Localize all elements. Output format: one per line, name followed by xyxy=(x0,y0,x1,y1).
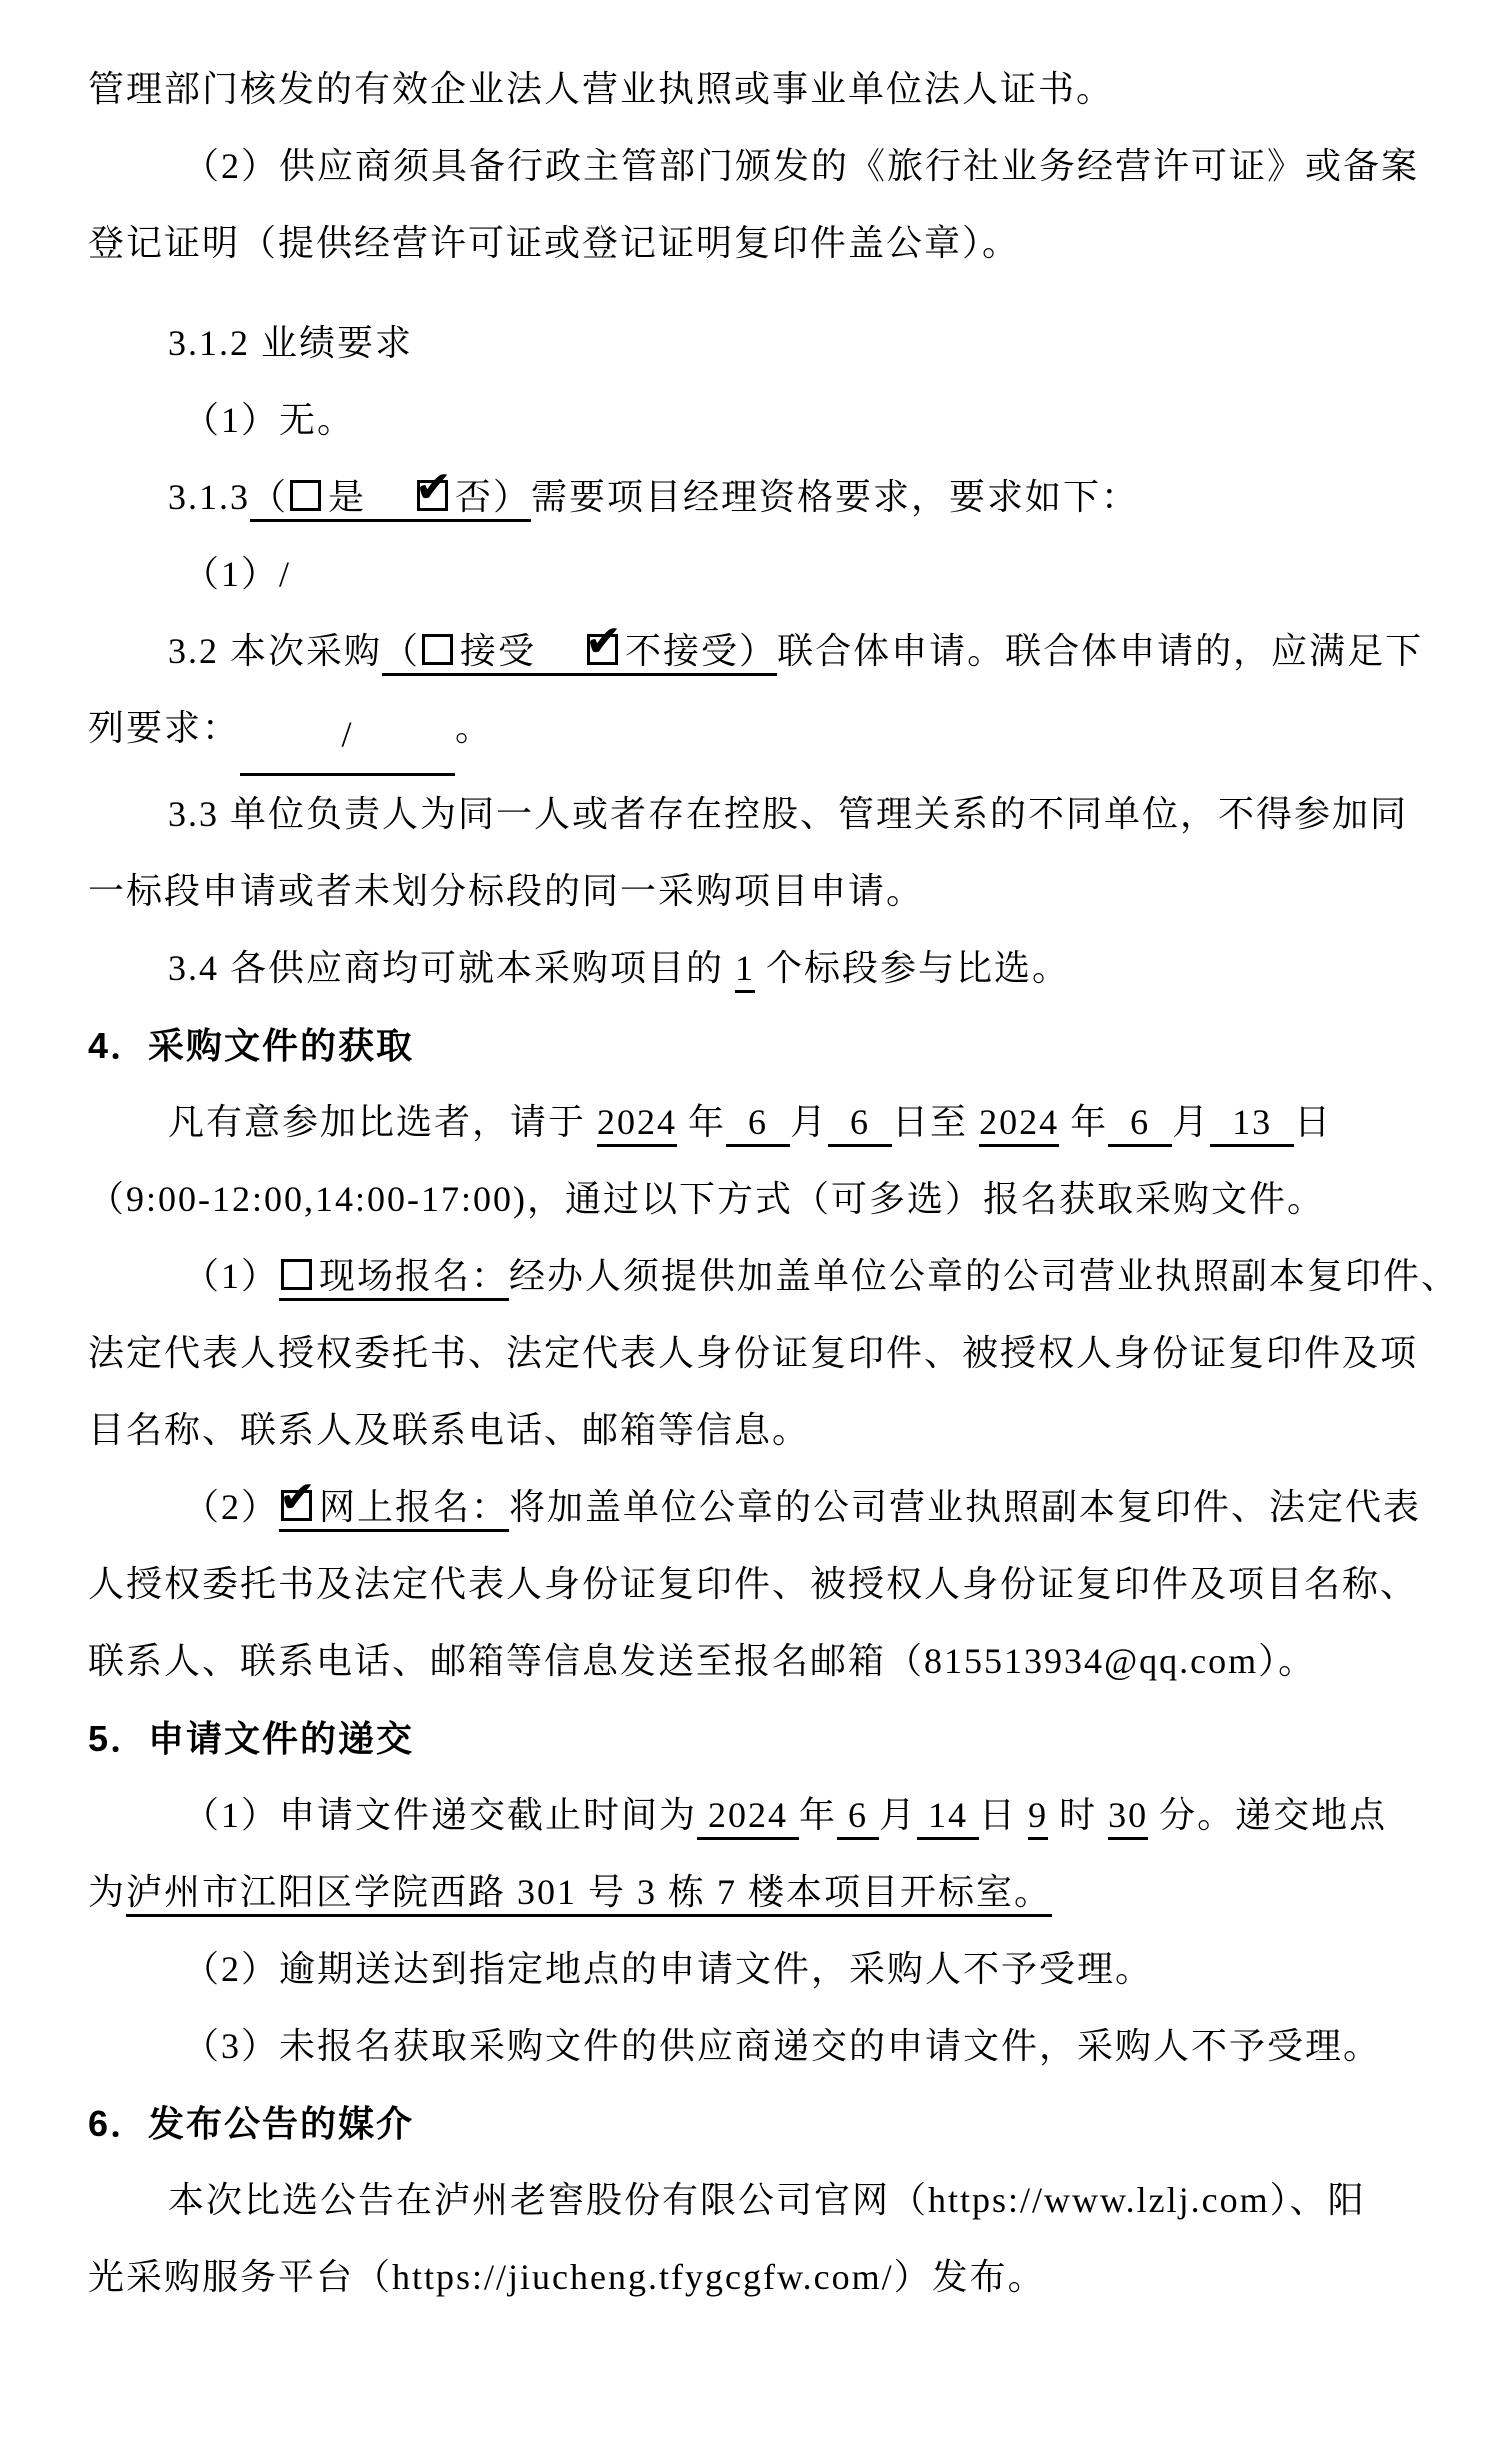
text-segment: 登记证明（提供经营许可证或登记证明复印件盖公章）。 xyxy=(88,223,1020,263)
text-segment: 人授权委托书及法定代表人身份证复印件、被授权人身份证复印件及项目名称、 xyxy=(88,1564,1418,1604)
text-line: 列要求：/。 xyxy=(88,690,1445,776)
text-segment: （2） xyxy=(183,1487,279,1527)
text-segment: 日至 xyxy=(892,1102,979,1142)
checkbox-checked-icon xyxy=(279,1487,319,1532)
text-segment: （1） xyxy=(183,1256,279,1296)
underlined-text: 30 xyxy=(1108,1795,1148,1840)
text-segment: （1）/ xyxy=(183,554,291,594)
text-line: 本次比选公告在泸州老窖股份有限公司官网（https://www.lzlj.com… xyxy=(88,2162,1445,2239)
text-segment: （9:00-12:00,14:00-17:00)，通过以下方式（可多选）报名获取… xyxy=(88,1179,1325,1219)
text-segment: 月 xyxy=(1172,1102,1210,1142)
text-segment: 3.2 本次采购 xyxy=(168,631,382,671)
text-segment: （3）未报名获取采购文件的供应商递交的申请文件，采购人不予受理。 xyxy=(183,2026,1381,2066)
text-segment: 为 xyxy=(88,1872,126,1912)
underlined-text: 6 xyxy=(1108,1102,1172,1147)
text-segment: 3.3 单位负责人为同一人或者存在控股、管理关系的不同单位，不得参加同 xyxy=(168,794,1408,834)
text-segment: 4．采购文件的获取 xyxy=(88,1025,414,1066)
underlined-text: 13 xyxy=(1210,1102,1294,1147)
checkbox-glyph xyxy=(422,634,453,665)
text-segment: 年 xyxy=(677,1102,726,1142)
underlined-text: 不接受） xyxy=(625,631,777,676)
text-segment: 联合体申请。联合体申请的，应满足下 xyxy=(777,631,1423,671)
underlined-text: 2024 xyxy=(597,1102,677,1147)
text-segment: 3.1.3 xyxy=(168,477,250,517)
text-segment: 6．发布公告的媒介 xyxy=(88,2103,414,2144)
underlined-text: 14 xyxy=(917,1795,979,1840)
text-line: （3）未报名获取采购文件的供应商递交的申请文件，采购人不予受理。 xyxy=(88,2008,1445,2085)
text-segment: 月 xyxy=(790,1102,828,1142)
checkbox-checked-icon xyxy=(415,477,455,522)
text-segment: 法定代表人授权委托书、法定代表人身份证复印件、被授权人身份证复印件及项 xyxy=(88,1333,1418,1373)
text-segment: 日 xyxy=(979,1795,1028,1835)
document-body: 管理部门核发的有效企业法人营业执照或事业单位法人证书。（2）供应商须具备行政主管… xyxy=(88,51,1445,2316)
text-segment: 需要项目经理资格要求，要求如下： xyxy=(531,477,1139,517)
text-line: 3.4 各供应商均可就本采购项目的 1 个标段参与比选。 xyxy=(88,930,1445,1007)
checkbox-empty-icon xyxy=(420,631,460,676)
text-segment: （1）无。 xyxy=(183,400,355,440)
text-line: 一标段申请或者未划分标段的同一采购项目申请。 xyxy=(88,853,1445,930)
text-line: 登记证明（提供经营许可证或登记证明复印件盖公章）。 xyxy=(88,205,1445,282)
underlined-text: 泸州市江阳区学院西路 301 号 3 栋 7 楼本项目开标室。 xyxy=(126,1872,1052,1917)
checkbox-glyph xyxy=(281,1259,312,1290)
text-segment: 。 xyxy=(455,708,493,748)
checkbox-glyph xyxy=(281,1490,312,1521)
text-line: 3.1.3（是 否）需要项目经理资格要求，要求如下： xyxy=(88,459,1445,536)
text-line: 光采购服务平台（https://jiucheng.tfygcgfw.com/）发… xyxy=(88,2239,1445,2316)
underlined-text: 否） xyxy=(455,477,531,522)
text-segment: 3.4 各供应商均可就本采购项目的 xyxy=(168,948,735,988)
text-segment: 凡有意参加比选者，请于 xyxy=(168,1102,597,1142)
text-segment: 3.1.2 业绩要求 xyxy=(168,323,413,363)
text-segment: 年 xyxy=(1059,1102,1108,1142)
checkbox-glyph xyxy=(290,480,321,511)
underlined-text: （ xyxy=(250,477,288,522)
text-segment: 一标段申请或者未划分标段的同一采购项目申请。 xyxy=(88,871,924,911)
text-segment: 时 xyxy=(1048,1795,1108,1835)
text-line: 为泸州市江阳区学院西路 301 号 3 栋 7 楼本项目开标室。 xyxy=(88,1854,1445,1931)
text-line: 凡有意参加比选者，请于 2024 年 6 月 6 日至 2024 年 6 月 1… xyxy=(88,1084,1445,1161)
text-line: （9:00-12:00,14:00-17:00)，通过以下方式（可多选）报名获取… xyxy=(88,1161,1445,1238)
text-segment: 本次比选公告在泸州老窖股份有限公司官网（https://www.lzlj.com… xyxy=(168,2180,1366,2220)
text-segment: 目名称、联系人及联系电话、邮箱等信息。 xyxy=(88,1410,810,1450)
underlined-text: 6 xyxy=(828,1102,892,1147)
text-line: （1）/ xyxy=(88,536,1445,613)
text-segment: 联系人、联系电话、邮箱等信息发送至报名邮箱（815513934@qq.com）。 xyxy=(88,1641,1316,1681)
text-line: （2）供应商须具备行政主管部门颁发的《旅行社业务经营许可证》或备案 xyxy=(88,128,1445,205)
underlined-text: 6 xyxy=(726,1102,790,1147)
checkbox-empty-icon xyxy=(288,477,328,522)
heading-procurement-document-acquisition: 4．采购文件的获取 xyxy=(88,1007,1445,1084)
text-segment: 年 xyxy=(799,1795,837,1835)
fill-in-blank: / xyxy=(240,696,455,776)
document-page: 管理部门核发的有效企业法人营业执照或事业单位法人证书。（2）供应商须具备行政主管… xyxy=(0,0,1500,2439)
checkbox-glyph xyxy=(417,480,448,511)
text-line: 人授权委托书及法定代表人身份证复印件、被授权人身份证复印件及项目名称、 xyxy=(88,1546,1445,1623)
text-line: （1）申请文件递交截止时间为 2024 年 6 月 14 日 9 时 30 分。… xyxy=(88,1777,1445,1854)
underlined-text: （ xyxy=(382,631,420,676)
text-segment: （2）逾期送达到指定地点的申请文件，采购人不予受理。 xyxy=(183,1949,1153,1989)
text-line: 管理部门核发的有效企业法人营业执照或事业单位法人证书。 xyxy=(88,51,1445,128)
checkbox-checked-icon xyxy=(585,631,625,676)
text-line: （2）网上报名：将加盖单位公章的公司营业执照副本复印件、法定代表 xyxy=(88,1469,1445,1546)
text-segment: 光采购服务平台（https://jiucheng.tfygcgfw.com/）发… xyxy=(88,2257,1046,2297)
text-line: （1）无。 xyxy=(88,382,1445,459)
text-segment: 将加盖单位公章的公司营业执照副本复印件、法定代表 xyxy=(509,1487,1421,1527)
text-line: 3.1.2 业绩要求 xyxy=(88,305,1445,382)
text-segment: （2）供应商须具备行政主管部门颁发的《旅行社业务经营许可证》或备案 xyxy=(183,146,1419,186)
text-line: （2）逾期送达到指定地点的申请文件，采购人不予受理。 xyxy=(88,1931,1445,2008)
underlined-text: 2024 xyxy=(979,1102,1059,1147)
underlined-text: 网上报名： xyxy=(319,1487,509,1532)
underlined-text: 2024 xyxy=(697,1795,799,1840)
underlined-text: 1 xyxy=(735,948,755,993)
text-segment: 日 xyxy=(1294,1102,1332,1142)
text-line: 联系人、联系电话、邮箱等信息发送至报名邮箱（815513934@qq.com）。 xyxy=(88,1623,1445,1700)
text-segment: 5．申请文件的递交 xyxy=(88,1718,414,1759)
text-segment: 管理部门核发的有效企业法人营业执照或事业单位法人证书。 xyxy=(88,69,1114,109)
text-segment: （1）申请文件递交截止时间为 xyxy=(183,1795,697,1835)
underlined-text: 接受 xyxy=(460,631,585,676)
checkbox-glyph xyxy=(587,634,618,665)
underlined-text: 是 xyxy=(328,477,415,522)
text-line: 3.3 单位负责人为同一人或者存在控股、管理关系的不同单位，不得参加同 xyxy=(88,776,1445,853)
underlined-text: 9 xyxy=(1028,1795,1048,1840)
text-line: 目名称、联系人及联系电话、邮箱等信息。 xyxy=(88,1392,1445,1469)
text-segment: 月 xyxy=(879,1795,917,1835)
text-line: （1）现场报名：经办人须提供加盖单位公章的公司营业执照副本复印件、 xyxy=(88,1238,1445,1315)
heading-announcement-media: 6．发布公告的媒介 xyxy=(88,2085,1445,2162)
checkbox-empty-icon xyxy=(279,1256,319,1301)
text-line: 3.2 本次采购（接受 不接受）联合体申请。联合体申请的，应满足下 xyxy=(88,613,1445,690)
text-segment: 列要求： xyxy=(88,708,240,748)
heading-application-submission: 5．申请文件的递交 xyxy=(88,1700,1445,1777)
text-segment: 经办人须提供加盖单位公章的公司营业执照副本复印件、 xyxy=(509,1256,1459,1296)
text-segment: 个标段参与比选。 xyxy=(755,948,1070,988)
underlined-text: 现场报名： xyxy=(319,1256,509,1301)
underlined-text: 6 xyxy=(837,1795,879,1840)
text-line: 法定代表人授权委托书、法定代表人身份证复印件、被授权人身份证复印件及项 xyxy=(88,1315,1445,1392)
text-segment: 分。递交地点 xyxy=(1148,1795,1387,1835)
